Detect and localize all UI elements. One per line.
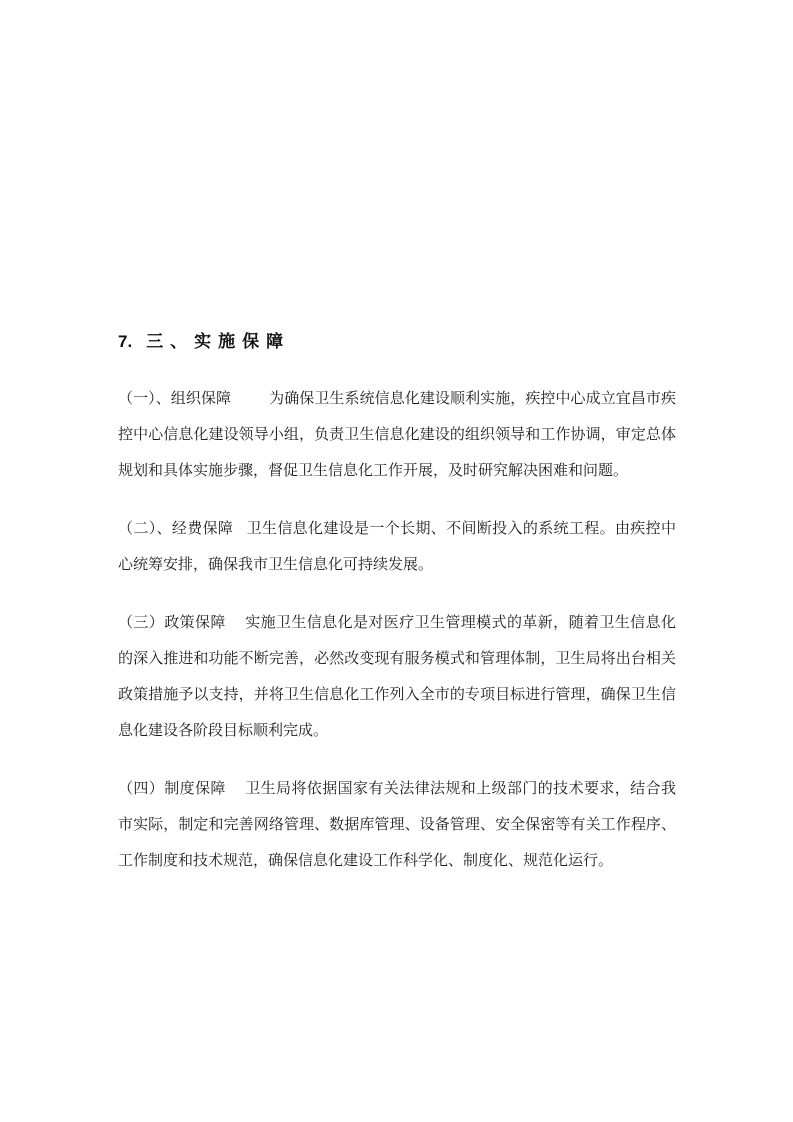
tab-space	[233, 532, 246, 533]
paragraph-label: （三）政策保障	[118, 615, 226, 631]
tab-space	[226, 626, 245, 627]
document-content: 7.三、实施保障 （一）、组织保障为确保卫生系统信息化建设顺利实施，疾控中心成立…	[118, 330, 676, 879]
tab-space	[231, 402, 269, 403]
tab-space	[226, 792, 245, 793]
paragraph-funding: （二）、经费保障卫生信息化建设是一个长期、不间断投入的系统工程。由疾控中心统筹安…	[118, 511, 676, 583]
section-heading: 7.三、实施保障	[118, 330, 676, 354]
paragraph-policy: （三）政策保障实施卫生信息化是对医疗卫生管理模式的革新，随着卫生信息化的深入推进…	[118, 605, 676, 749]
paragraph-label: （二）、经费保障	[118, 521, 233, 537]
paragraph-organization: （一）、组织保障为确保卫生系统信息化建设顺利实施，疾控中心成立宜昌市疾控中心信息…	[118, 381, 676, 489]
paragraph-institution: （四）制度保障卫生局将依据国家有关法律法规和上级部门的技术要求，结合我市实际，制…	[118, 771, 676, 879]
paragraph-label: （一）、组织保障	[118, 391, 231, 407]
paragraph-text: 实施卫生信息化是对医疗卫生管理模式的革新，随着卫生信息化的深入推进和功能不断完善…	[118, 615, 676, 739]
paragraph-label: （四）制度保障	[118, 781, 226, 797]
heading-number: 7.	[118, 330, 132, 354]
document-page: 7.三、实施保障 （一）、组织保障为确保卫生系统信息化建设顺利实施，疾控中心成立…	[0, 0, 793, 1122]
heading-title: 三、实施保障	[146, 332, 290, 351]
